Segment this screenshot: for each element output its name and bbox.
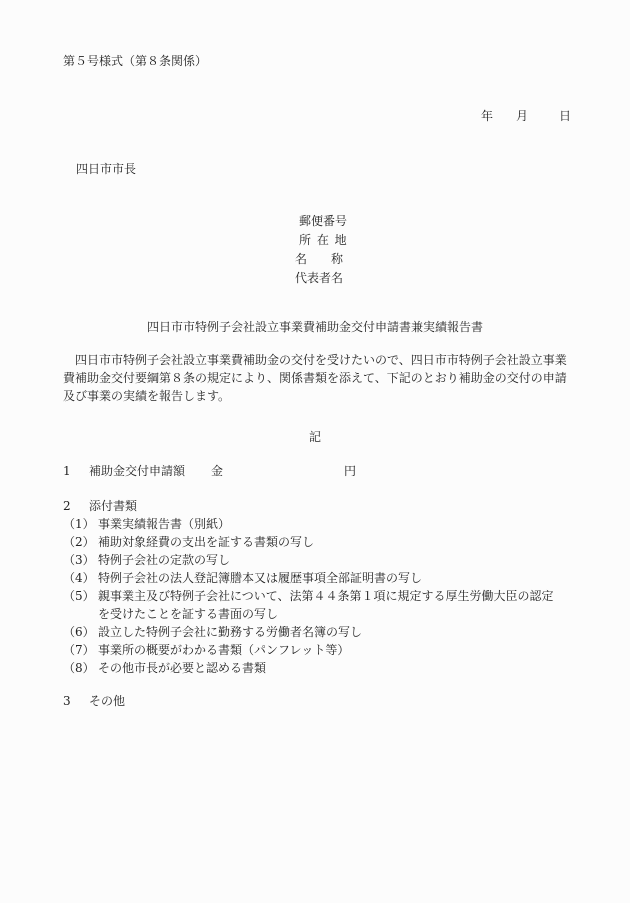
year-label: 年 (481, 107, 516, 125)
name-label-left: 名 (295, 250, 307, 268)
postal-code-label: 郵便番号 (299, 212, 347, 230)
section-2-heading: 2添付書類 (63, 497, 137, 515)
section-3-label: その他 (89, 694, 125, 708)
attachment-list: （1）事業実績報告書（別紙） （2）補助対象経費の支出を証する書類の写し （3）… (63, 515, 554, 677)
body-paragraph: 四日市市特例子会社設立事業費補助金の交付を受けたいので、四日市市特例子会社設立事… (63, 351, 578, 405)
list-item-number: （3） (63, 551, 98, 569)
section-1-application-amount: 1補助金交付申請額 金 円 (63, 462, 185, 480)
list-item-text: 特例子会社の定款の写し (98, 553, 230, 567)
list-item-text: 親事業主及び特例子会社について、法第４４条第１項に規定する厚生労働大臣の認定 (98, 589, 554, 603)
address-label: 所 在 地 (299, 231, 348, 249)
date-line: 年月日 (481, 107, 571, 125)
list-item-number: （1） (63, 515, 98, 533)
addressee: 四日市市長 (76, 160, 136, 178)
section-2-number: 2 (63, 497, 89, 515)
list-item: （8）その他市長が必要と認める書類 (63, 659, 554, 677)
list-item-number: （2） (63, 533, 98, 551)
list-item-number: （7） (63, 641, 98, 659)
list-item-number: （6） (63, 623, 98, 641)
document-title: 四日市市特例子会社設立事業費補助金交付申請書兼実績報告書 (0, 318, 630, 336)
month-label: 月 (516, 107, 559, 125)
list-item: （2）補助対象経費の支出を証する書類の写し (63, 533, 554, 551)
list-item: （4）特例子会社の法人登記簿謄本又は履歴事項全部証明書の写し (63, 569, 554, 587)
list-item-number: （5） (63, 587, 98, 605)
list-item: （7）事業所の概要がわかる書類（パンフレット等） (63, 641, 554, 659)
list-item-text: 特例子会社の法人登記簿謄本又は履歴事項全部証明書の写し (98, 571, 422, 585)
en-label: 円 (344, 462, 356, 480)
representative-label: 代表者名 (295, 269, 343, 287)
name-label-right: 称 (331, 250, 343, 268)
list-item-text: 補助対象経費の支出を証する書類の写し (98, 535, 314, 549)
kin-label: 金 (211, 462, 223, 480)
section-3-number: 3 (63, 692, 89, 710)
list-item: （5）親事業主及び特例子会社について、法第４４条第１項に規定する厚生労働大臣の認… (63, 587, 554, 623)
section-2-label: 添付書類 (89, 499, 137, 513)
list-item-number: （4） (63, 569, 98, 587)
ki-heading: 記 (309, 428, 321, 446)
section-1-label: 補助金交付申請額 (89, 464, 185, 478)
list-item-text-continued: を受けたことを証する書面の写し (63, 605, 554, 623)
list-item-text: 事業実績報告書（別紙） (98, 517, 230, 531)
list-item: （6）設立した特例子会社に勤務する労働者名簿の写し (63, 623, 554, 641)
list-item: （1）事業実績報告書（別紙） (63, 515, 554, 533)
list-item-text: 設立した特例子会社に勤務する労働者名簿の写し (98, 625, 362, 639)
list-item: （3）特例子会社の定款の写し (63, 551, 554, 569)
section-3-heading: 3その他 (63, 692, 125, 710)
list-item-number: （8） (63, 659, 98, 677)
section-1-number: 1 (63, 462, 89, 480)
list-item-text: 事業所の概要がわかる書類（パンフレット等） (98, 643, 349, 657)
day-label: 日 (559, 107, 571, 125)
list-item-text: その他市長が必要と認める書類 (98, 661, 266, 675)
form-number: 第５号様式（第８条関係） (63, 52, 207, 70)
